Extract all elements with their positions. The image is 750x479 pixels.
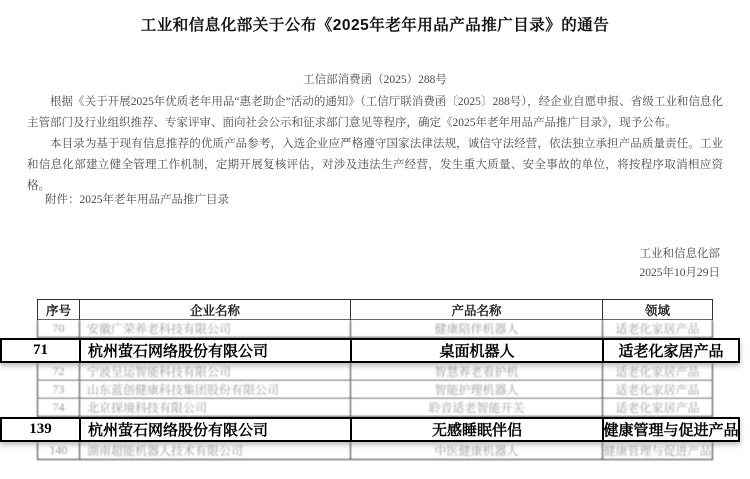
body-paragraph-2: 本目录为基于现有信息推荐的优质产品参考，入选企业应严格遵守国家法律法规，诚信守法… xyxy=(27,134,723,197)
cell-no: 73 xyxy=(38,381,80,398)
catalog-table: 序号 企业名称 产品名称 领域 70安徽广荣养老科技有限公司健康陪伴机器人适老化… xyxy=(37,299,713,460)
cell-product: 智能护理机器人 xyxy=(351,381,603,398)
cell-company: 宁波呈运智能科技有限公司 xyxy=(80,363,351,380)
cell-no: 72 xyxy=(38,363,80,380)
cell-field: 健康管理与促进产品 xyxy=(603,442,712,459)
signature-date: 2025年10月29日 xyxy=(640,264,721,283)
cell-product: 健康陪伴机器人 xyxy=(351,320,603,337)
cell-no: 140 xyxy=(38,442,80,459)
cell-company: 山东蓝创健康科技集团股份有限公司 xyxy=(80,381,351,398)
cell-field: 适老化家居产品 xyxy=(603,399,712,416)
header-field: 领域 xyxy=(603,300,712,319)
header-company: 企业名称 xyxy=(80,300,351,319)
cell-field: 适老化家居产品 xyxy=(603,320,712,337)
cell-field: 适老化家居产品 xyxy=(604,340,738,361)
signature-agency: 工业和信息化部 xyxy=(640,245,721,264)
cell-no: 74 xyxy=(38,399,80,416)
body-paragraph-1: 根据《关于开展2025年优质老年用品“惠老助企”活动的通知》（工信厅联消费函〔2… xyxy=(27,92,723,134)
cell-company: 北京探境科技有限公司 xyxy=(80,399,351,416)
cell-no: 70 xyxy=(38,320,80,337)
table-row: 139杭州萤石网络股份有限公司无感睡眠伴侣健康管理与促进产品 xyxy=(0,417,740,442)
cell-product: 中医健康机器人 xyxy=(351,442,603,459)
cell-field: 适老化家居产品 xyxy=(603,381,712,398)
cell-field: 健康管理与促进产品 xyxy=(604,419,738,440)
cell-field: 适老化家居产品 xyxy=(603,363,712,380)
cell-company: 杭州萤石网络股份有限公司 xyxy=(81,340,352,361)
table-row: 140湖南超能机器人技术有限公司中医健康机器人健康管理与促进产品 xyxy=(37,442,713,460)
cell-product: 聆音适老智能开关 xyxy=(351,399,603,416)
notice-body: 根据《关于开展2025年优质老年用品“惠老助企”活动的通知》（工信厅联消费函〔2… xyxy=(27,92,723,197)
cell-no: 71 xyxy=(2,340,81,361)
cell-product: 桌面机器人 xyxy=(352,340,604,361)
notice-page: 工业和信息化部关于公布《2025年老年用品产品推广目录》的通告 工信部消费函（2… xyxy=(0,0,750,479)
header-product: 产品名称 xyxy=(351,300,603,319)
table-header-row: 序号 企业名称 产品名称 领域 xyxy=(37,299,713,320)
table-row: 74北京探境科技有限公司聆音适老智能开关适老化家居产品 xyxy=(37,399,713,417)
table-row: 71杭州萤石网络股份有限公司桌面机器人适老化家居产品 xyxy=(0,338,740,363)
cell-product: 智慧养老看护机 xyxy=(351,363,603,380)
cell-company: 湖南超能机器人技术有限公司 xyxy=(80,442,351,459)
cell-company: 杭州萤石网络股份有限公司 xyxy=(81,419,352,440)
signature-block: 工业和信息化部 2025年10月29日 xyxy=(640,245,721,283)
table-row: 70安徽广荣养老科技有限公司健康陪伴机器人适老化家居产品 xyxy=(37,320,713,338)
table-row: 72宁波呈运智能科技有限公司智慧养老看护机适老化家居产品 xyxy=(37,363,713,381)
header-no: 序号 xyxy=(38,300,80,319)
catalog-table-body: 70安徽广荣养老科技有限公司健康陪伴机器人适老化家居产品71杭州萤石网络股份有限… xyxy=(37,320,713,460)
attachment-line: 附件：2025年老年用品产品推广目录 xyxy=(45,191,229,207)
cell-product: 无感睡眠伴侣 xyxy=(352,419,604,440)
cell-no: 139 xyxy=(2,419,81,440)
table-row: 73山东蓝创健康科技集团股份有限公司智能护理机器人适老化家居产品 xyxy=(37,381,713,399)
cell-company: 安徽广荣养老科技有限公司 xyxy=(80,320,351,337)
document-number: 工信部消费函（2025）288号 xyxy=(0,71,750,87)
page-title: 工业和信息化部关于公布《2025年老年用品产品推广目录》的通告 xyxy=(0,13,750,35)
